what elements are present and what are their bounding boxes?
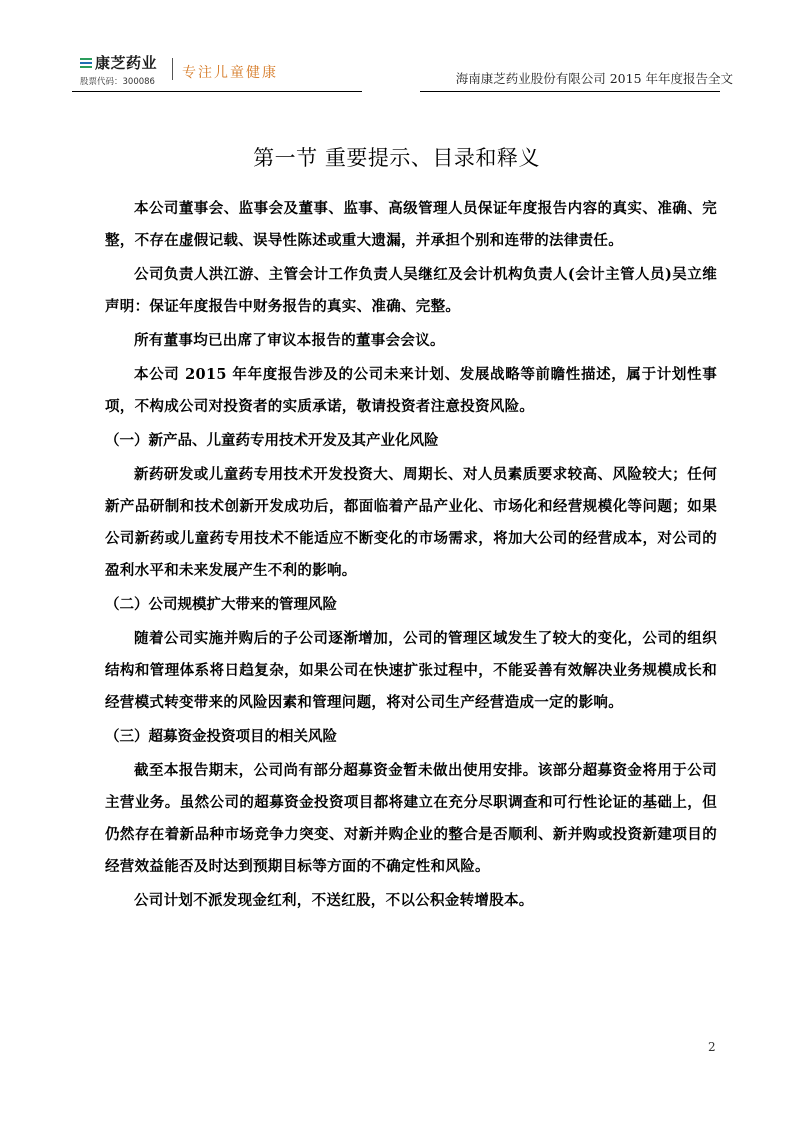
page-number: 2: [708, 1040, 716, 1054]
section-title: 第一节 重要提示、目录和释义: [0, 142, 793, 172]
slogan: 专注儿童健康: [182, 62, 278, 82]
risk-body-2: 随着公司实施并购后的子公司逐渐增加，公司的管理区域发生了较大的变化，公司的组织结…: [76, 623, 717, 719]
company-logo: 康芝药业 股票代码：300086: [80, 52, 157, 87]
paragraph-forward-looking: 本公司 2015 年年度报告涉及的公司未来计划、发展战略等前瞻性描述，属于计划性…: [76, 359, 717, 423]
risk-heading-3: （三）超募资金投资项目的相关风险: [105, 721, 717, 753]
document-body: 本公司董事会、监事会及董事、监事、高级管理人员保证年度报告内容的真实、准确、完整…: [105, 193, 717, 919]
paragraph-board-guarantee: 本公司董事会、监事会及董事、监事、高级管理人员保证年度报告内容的真实、准确、完整…: [76, 193, 717, 257]
logo-name: 康芝药业: [95, 52, 157, 73]
header-rule-left: [72, 91, 362, 92]
logo-divider: [172, 58, 173, 80]
dividend-statement: 公司计划不派发现金红利，不送红股，不以公积金转增股本。: [76, 885, 717, 917]
risk-heading-1: （一）新产品、儿童药专用技术开发及其产业化风险: [105, 425, 717, 457]
risk-body-3: 截至本报告期末，公司尚有部分超募资金暂未做出使用安排。该部分超募资金将用于公司主…: [76, 755, 717, 883]
risk-heading-2: （二）公司规模扩大带来的管理风险: [105, 589, 717, 621]
header-rule-right: [420, 91, 720, 92]
risk-body-1: 新药研发或儿童药专用技术开发投资大、周期长、对人员素质要求较高、风险较大；任何新…: [76, 459, 717, 587]
logo-mark-icon: [80, 57, 92, 69]
paragraph-officer-declaration: 公司负责人洪江游、主管会计工作负责人吴继红及会计机构负责人(会计主管人员)吴立维…: [76, 259, 717, 323]
stock-code: 股票代码：300086: [80, 75, 157, 87]
paragraph-board-attendance: 所有董事均已出席了审议本报告的董事会会议。: [76, 325, 717, 357]
report-title: 海南康芝药业股份有限公司 2015 年年度报告全文: [456, 69, 733, 87]
